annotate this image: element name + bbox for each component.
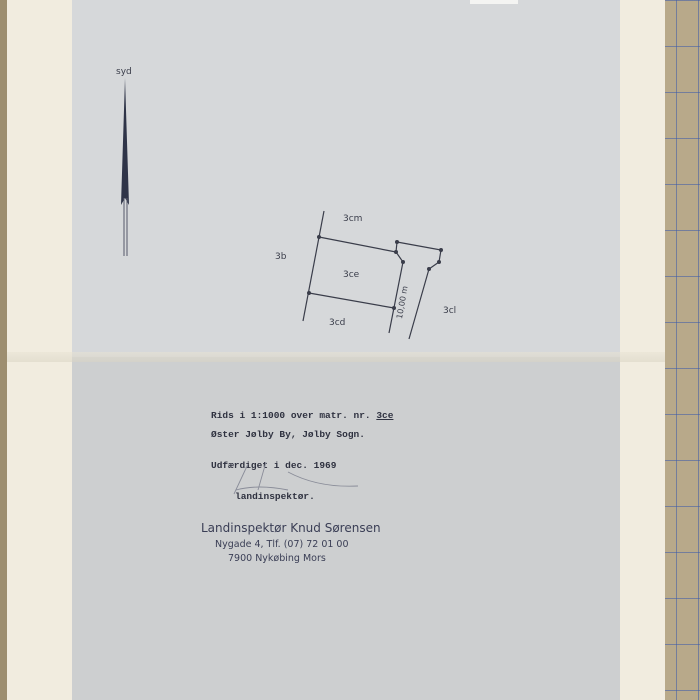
parcel-label-north: 3cm bbox=[343, 214, 362, 224]
caption-scale-text: Rids i 1:1000 over matr. nr. bbox=[211, 410, 376, 421]
parcel-label-west: 3b bbox=[275, 252, 286, 262]
stamp-name: Landinspektør Knud Sørensen bbox=[201, 521, 381, 535]
caption-line-2: Øster Jølby By, Jølby Sogn. bbox=[211, 429, 365, 440]
caption-title: landinspektør. bbox=[235, 491, 315, 502]
stamp-city: 7900 Nykøbing Mors bbox=[228, 553, 326, 564]
parcel-label-east: 3cl bbox=[443, 306, 456, 316]
parcel-boundaries bbox=[303, 211, 441, 339]
north-arrow-label: syd bbox=[116, 67, 132, 77]
caption-parcel-number: 3ce bbox=[376, 410, 393, 421]
north-arrow-icon bbox=[121, 78, 129, 256]
caption-line-1: Rids i 1:1000 over matr. nr. 3ce bbox=[211, 410, 393, 421]
parcel-label-south: 3cd bbox=[329, 318, 345, 328]
parcel-label-main: 3ce bbox=[343, 270, 359, 280]
stamp-address: Nygade 4, Tlf. (07) 72 01 00 bbox=[215, 539, 349, 550]
plan-drawing bbox=[0, 0, 700, 700]
